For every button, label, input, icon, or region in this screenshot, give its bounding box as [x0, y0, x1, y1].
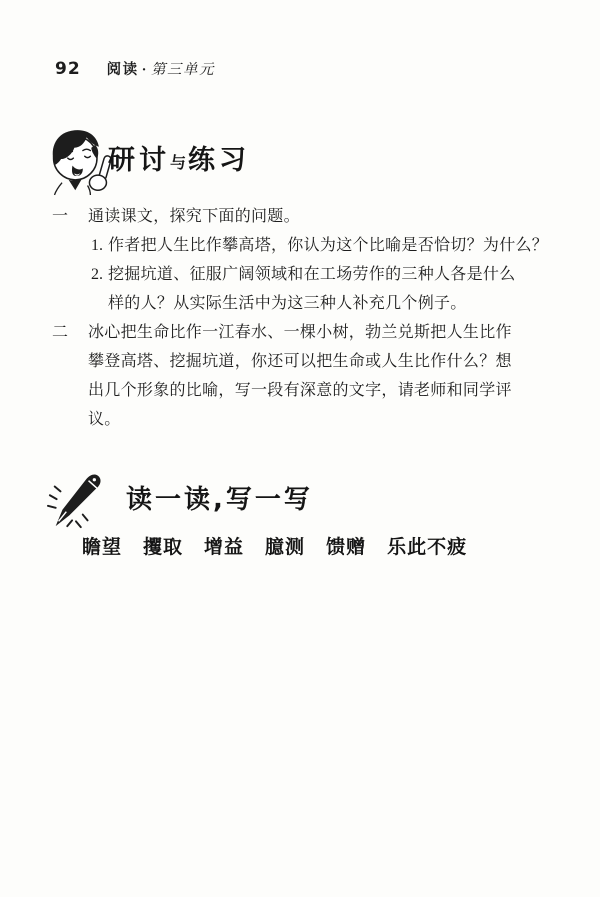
- question-list: 一 通读课文，探究下面的问题。 1. 作者把人生比作攀高塔，你认为这个比喻是否恰…: [46, 202, 556, 434]
- title-part-discuss: 研讨: [108, 138, 170, 177]
- sub-question-number: 1.: [91, 231, 108, 260]
- sub-question-2: 2. 挖掘坑道、征服广阔领域和在工场劳作的三种人各是什么 样的人？从实际生活中为…: [88, 260, 556, 318]
- item-marker: 二: [46, 318, 88, 434]
- header-unit-label: 第三单元: [151, 58, 215, 79]
- item-marker: 一: [46, 202, 88, 318]
- page-header: 92 阅读 · 第三单元: [55, 58, 215, 79]
- pen-icon: [46, 466, 104, 538]
- read-write-section-header: 读一读,写一写: [46, 466, 556, 538]
- sub-question-text: 作者把人生比作攀高塔，你认为这个比喻是否恰切？为什么？: [108, 231, 548, 260]
- question-item-two: 二 冰心把生命比作一江春水、一棵小树，勃兰兑斯把人生比作 攀登高塔、挖掘坑道，你…: [46, 318, 556, 434]
- title-part-practice: 练习: [188, 138, 250, 177]
- item-content: 冰心把生命比作一江春水、一棵小树，勃兰兑斯把人生比作 攀登高塔、挖掘坑道，你还可…: [88, 318, 556, 434]
- sub-question-number: 2.: [91, 260, 108, 318]
- discussion-practice-section: 研讨 与 练习 一 通读课文，探究下面的问题。 1. 作者把人生比作攀高塔，你认…: [46, 120, 556, 434]
- header-book-title: 阅读: [107, 58, 139, 79]
- child-pointing-icon: [46, 121, 114, 199]
- question-text: 通读课文，探究下面的问题。: [88, 202, 556, 231]
- vocabulary-word: 攫取: [143, 532, 183, 559]
- header-title: 阅读 · 第三单元: [107, 58, 215, 79]
- vocabulary-word: 馈赠: [326, 532, 366, 559]
- vocabulary-word: 增益: [204, 532, 244, 559]
- vocabulary-list: 瞻望 攫取 增益 臆测 馈赠 乐此不疲: [46, 532, 556, 559]
- read-write-section: 读一读,写一写 瞻望 攫取 增益 臆测 馈赠 乐此不疲: [46, 466, 556, 559]
- header-dot-separator: ·: [142, 62, 148, 79]
- item-content: 通读课文，探究下面的问题。 1. 作者把人生比作攀高塔，你认为这个比喻是否恰切？…: [88, 202, 556, 318]
- page-number: 92: [55, 59, 81, 79]
- sub-question-1: 1. 作者把人生比作攀高塔，你认为这个比喻是否恰切？为什么？: [88, 231, 556, 260]
- read-write-title: 读一读,写一写: [126, 479, 313, 516]
- vocabulary-word: 乐此不疲: [387, 532, 467, 559]
- discussion-section-header: 研讨 与 练习: [46, 120, 556, 200]
- vocabulary-word: 瞻望: [82, 532, 122, 559]
- textbook-page: 92 阅读 · 第三单元: [0, 0, 600, 897]
- sub-question-text: 挖掘坑道、征服广阔领域和在工场劳作的三种人各是什么 样的人？从实际生活中为这三种…: [108, 260, 516, 318]
- vocabulary-word: 臆测: [265, 532, 305, 559]
- discussion-practice-title: 研讨 与 练习: [108, 138, 250, 177]
- title-part-and: 与: [170, 150, 187, 173]
- question-item-one: 一 通读课文，探究下面的问题。 1. 作者把人生比作攀高塔，你认为这个比喻是否恰…: [46, 202, 556, 318]
